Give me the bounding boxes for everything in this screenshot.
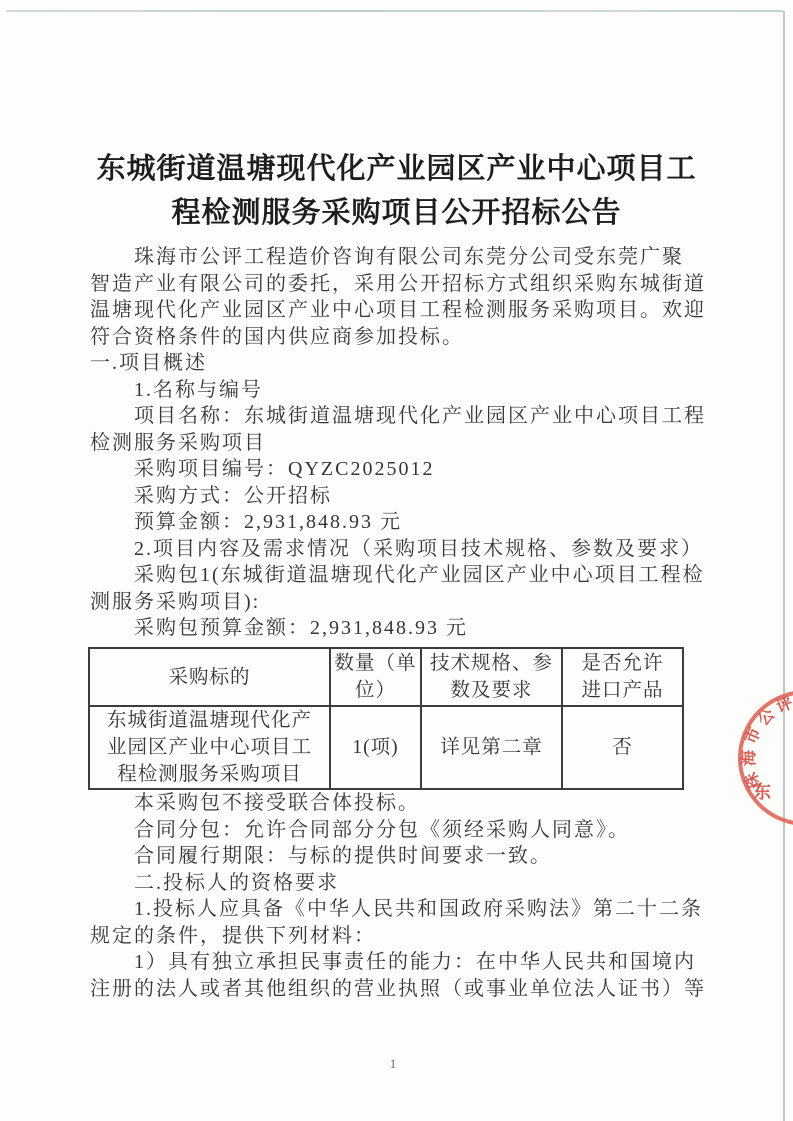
package-budget-line: 采购包预算金额：2,931,848.93 元 [90, 615, 714, 642]
section-1-2-heading: 2.项目内容及需求情况（采购项目技术规格、参数及要求） [90, 536, 714, 563]
red-seal-stamp: 评 公 市 海 珠 东 [738, 690, 793, 826]
seal-arc-char: 海 [741, 749, 759, 767]
document-title: 东城街道温塘现代化产业园区产业中心项目工 程检测服务采购项目公开招标公告 [0, 147, 793, 235]
section-2-heading: 二.投标人的资格要求 [90, 870, 714, 897]
section-1-heading: 一.项目概述 [90, 350, 714, 377]
scan-edge-top [6, 10, 783, 12]
table-row: 东城街道温塘现代化产 业园区产业中心项目工 程检测服务采购项目 1(项) 详见第… [89, 706, 683, 789]
table-cell-specs: 详见第二章 [421, 706, 562, 789]
page-number: 1 [0, 1056, 786, 1072]
scanned-document-page: 东城街道温塘现代化产业园区产业中心项目工 程检测服务采购项目公开招标公告 珠海市… [0, 0, 793, 1121]
procurement-package-table: 采购标的 数量（单 位） 技术规格、参 数及要求 是否允许 进口产品 东城街道温… [88, 647, 684, 790]
document-body-upper: 珠海市公评工程造价咨询有限公司东莞分公司受东莞广聚 智造产业有限公司的委托，采用… [90, 244, 714, 642]
table-header-row: 采购标的 数量（单 位） 技术规格、参 数及要求 是否允许 进口产品 [89, 648, 683, 706]
project-code-line: 采购项目编号：QYZC2025012 [90, 456, 714, 483]
name-and-number-heading: 1.名称与编号 [90, 377, 714, 404]
subcontract-line: 合同分包：允许合同部分分包《须经采购人同意》。 [90, 817, 714, 844]
table-header-quantity: 数量（单 位） [330, 648, 421, 706]
package-line: 采购包1(东城街道温塘现代化产业园区产业中心项目工程检 测服务采购项目): [90, 562, 714, 615]
table-header-specs: 技术规格、参 数及要求 [421, 648, 562, 706]
qualification-item-1: 1）具有独立承担民事责任的能力：在中华人民共和国境内 注册的法人或者其他组织的营… [90, 949, 714, 1002]
procurement-method-line: 采购方式：公开招标 [90, 483, 714, 510]
document-body-lower: 本采购包不接受联合体投标。 合同分包：允许合同部分分包《须经采购人同意》。 合同… [90, 790, 714, 1002]
table-header-subject: 采购标的 [89, 648, 330, 706]
qualification-paragraph: 1.投标人应具备《中华人民共和国政府采购法》第二十二条 规定的条件，提供下列材料… [90, 896, 714, 949]
table-header-import: 是否允许 进口产品 [562, 648, 683, 706]
table-cell-import: 否 [562, 706, 683, 789]
table-cell-quantity: 1(项) [330, 706, 421, 789]
seal-center-char: 东 [753, 783, 771, 801]
intro-paragraph: 珠海市公评工程造价咨询有限公司东莞分公司受东莞广聚 智造产业有限公司的委托，采用… [90, 244, 714, 350]
project-name-line: 项目名称：东城街道温塘现代化产业园区产业中心项目工程 检测服务采购项目 [90, 403, 714, 456]
no-consortium-line: 本采购包不接受联合体投标。 [90, 790, 714, 817]
performance-period-line: 合同履行期限：与标的提供时间要求一致。 [90, 843, 714, 870]
table-cell-subject: 东城街道温塘现代化产 业园区产业中心项目工 程检测服务采购项目 [89, 706, 330, 789]
budget-line: 预算金额：2,931,848.93 元 [90, 509, 714, 536]
